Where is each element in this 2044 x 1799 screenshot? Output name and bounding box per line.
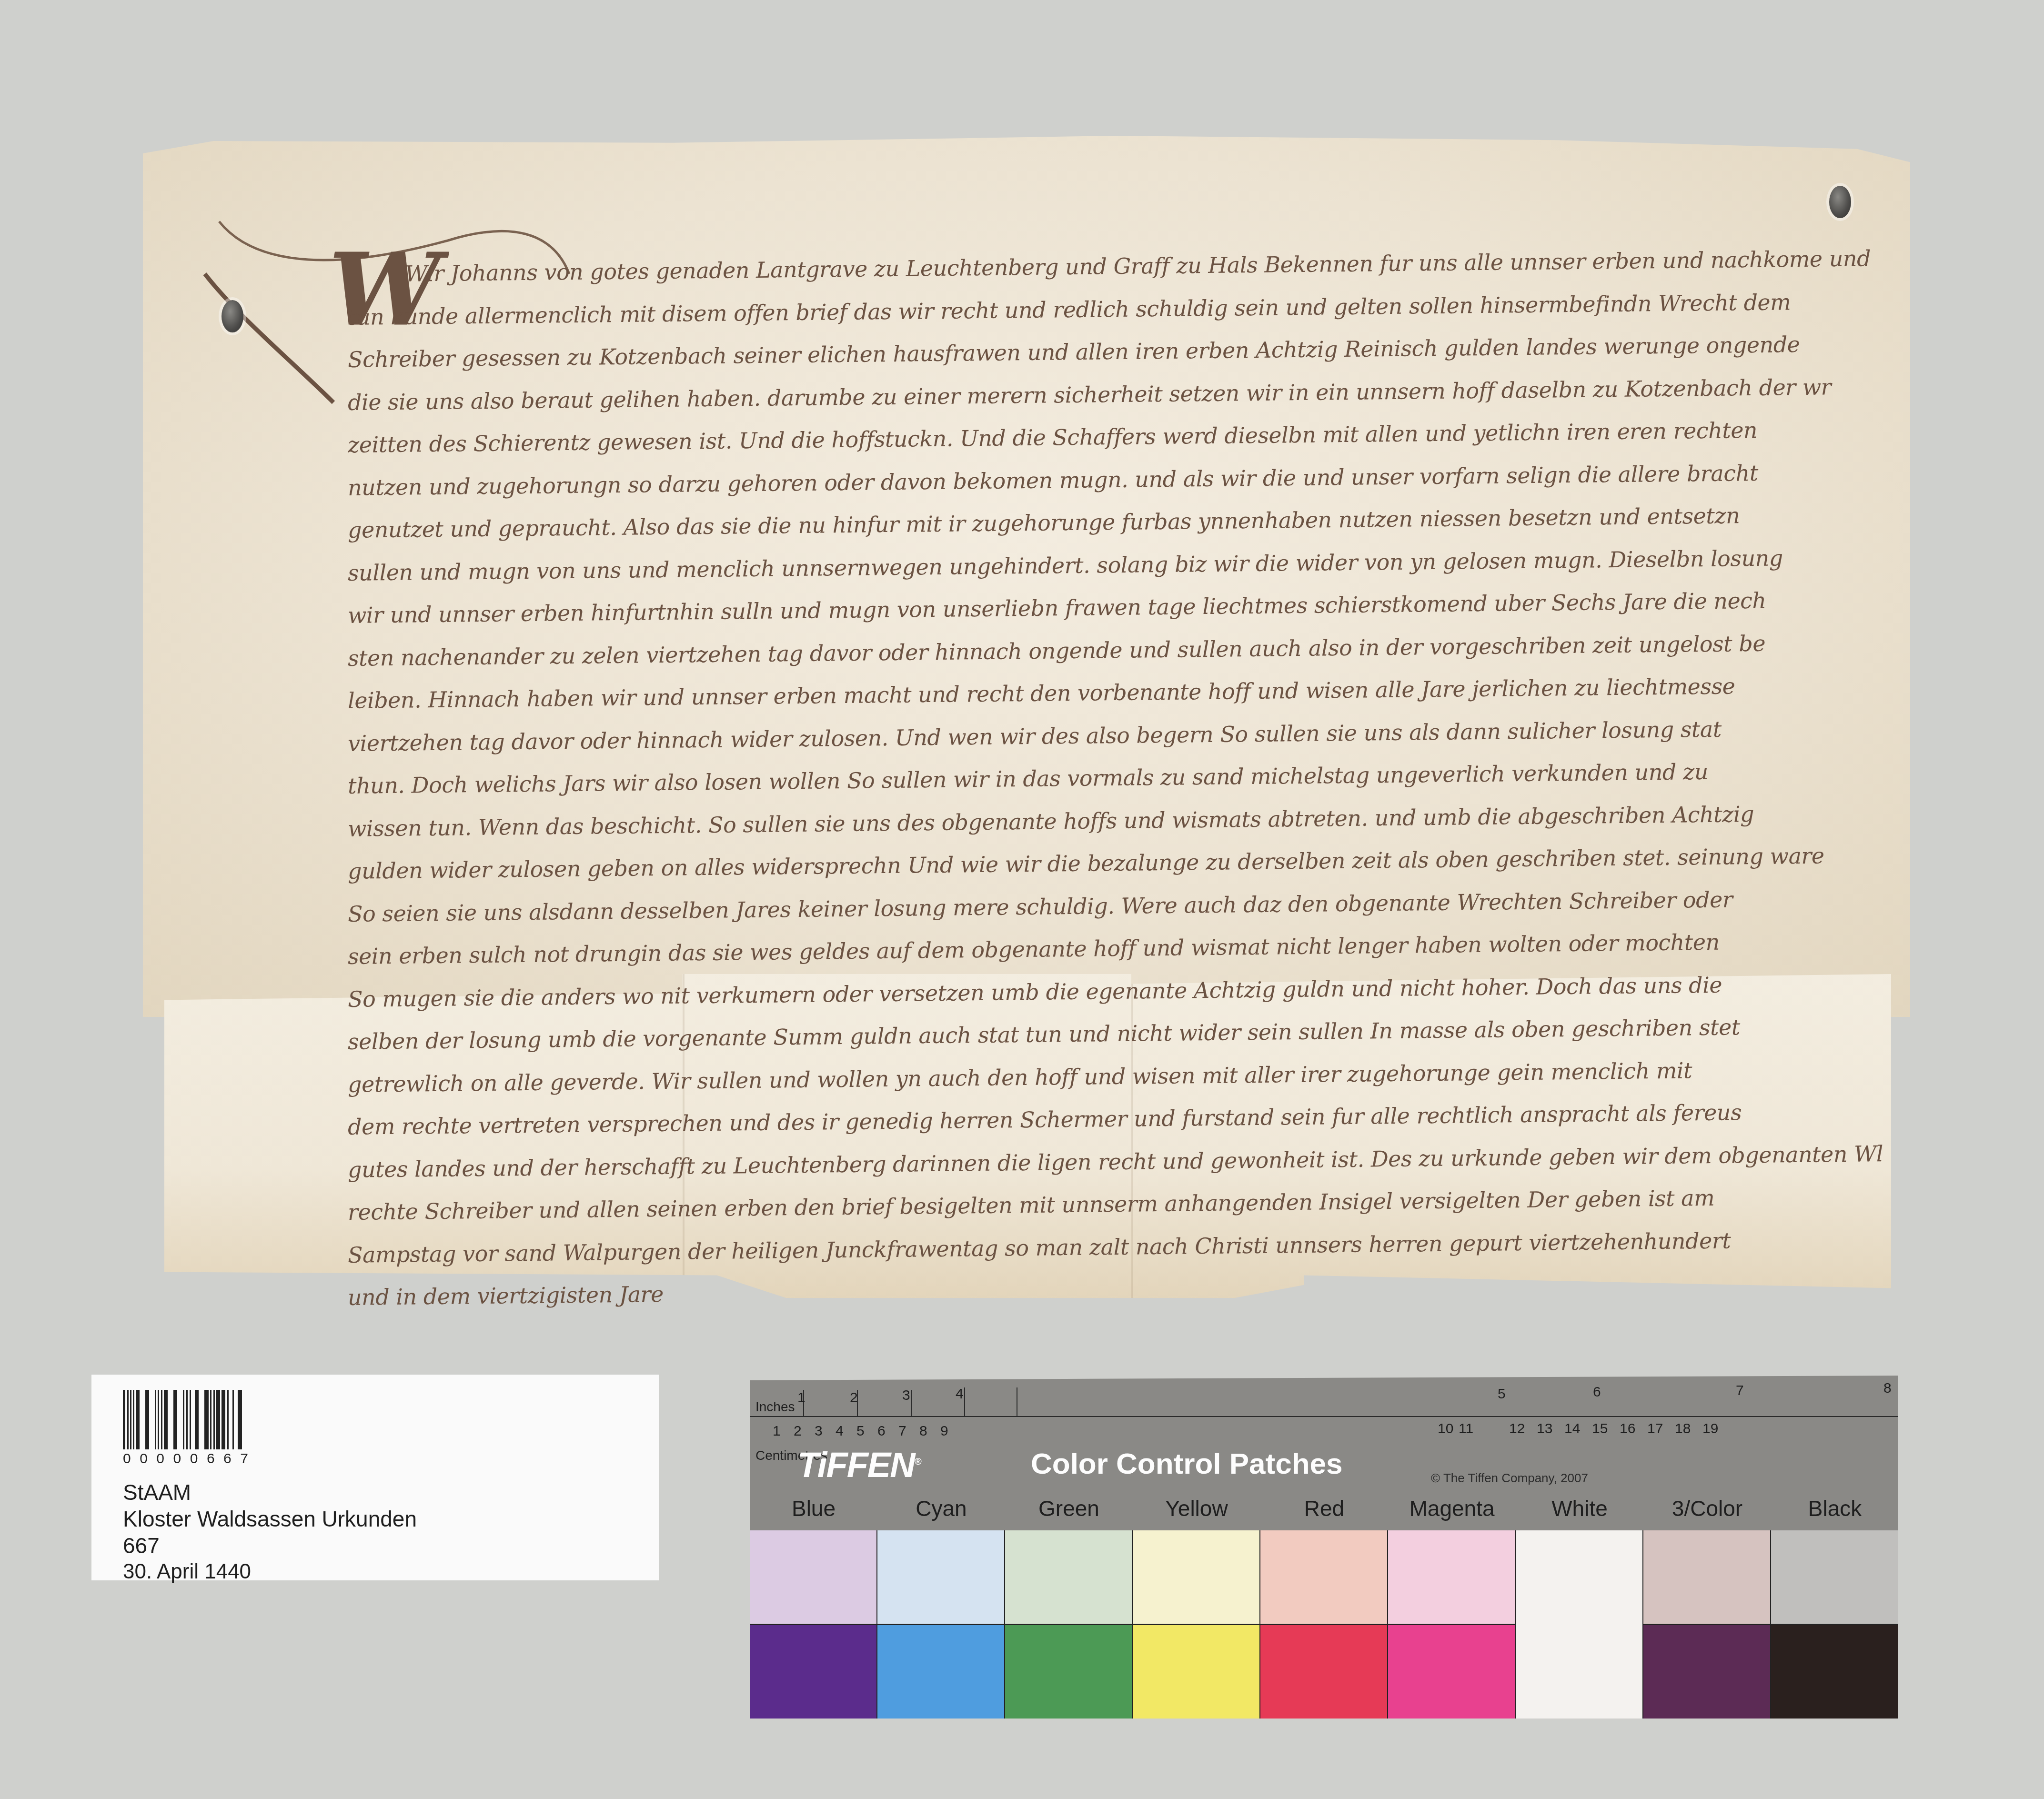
ruler-baseline bbox=[750, 1416, 1898, 1417]
document-number: 667 bbox=[123, 1535, 160, 1557]
patch-light bbox=[1388, 1530, 1515, 1624]
cm-tick-label: 18 bbox=[1675, 1421, 1691, 1437]
patch-column-yellow bbox=[1132, 1530, 1259, 1719]
archive-name: StAAM bbox=[123, 1481, 191, 1503]
cm-tick-label: 11 bbox=[1459, 1421, 1473, 1437]
patch-light bbox=[1643, 1530, 1770, 1624]
cm-tick-label: 5 bbox=[856, 1423, 865, 1439]
cm-tick-label: 1 bbox=[773, 1423, 781, 1439]
patch-light bbox=[1260, 1530, 1387, 1624]
inch-tick-label: 1 bbox=[797, 1390, 806, 1406]
cm-tick-label: 3 bbox=[815, 1423, 823, 1439]
patch-column-cyan bbox=[876, 1530, 1004, 1719]
mounting-pin-right bbox=[1829, 186, 1851, 218]
color-patches bbox=[750, 1530, 1898, 1719]
cm-tick-label: 12 bbox=[1509, 1421, 1525, 1437]
patch-dark bbox=[1260, 1624, 1387, 1719]
patch-dark bbox=[750, 1624, 876, 1719]
barcode-number: 00000667 bbox=[123, 1451, 257, 1467]
swatch-name: Green bbox=[1005, 1496, 1133, 1521]
collection-name: Kloster Waldsassen Urkunden bbox=[123, 1508, 417, 1530]
inch-tick-label: 6 bbox=[1593, 1384, 1601, 1400]
patch-column-white bbox=[1515, 1530, 1642, 1719]
copyright-notice: © The Tiffen Company, 2007 bbox=[1431, 1471, 1588, 1486]
swatch-name: Magenta bbox=[1388, 1496, 1516, 1521]
tiffen-color-target: Inches 1 2 3 4 5 6 7 8 1 2 3 4 5 6 7 8 9… bbox=[750, 1376, 1898, 1719]
patch-column-black bbox=[1770, 1530, 1898, 1719]
cm-tick-label: 14 bbox=[1564, 1421, 1580, 1437]
cm-tick-label: 19 bbox=[1702, 1421, 1718, 1437]
patch-light bbox=[1133, 1530, 1259, 1624]
cm-tick-label: 10 bbox=[1438, 1421, 1453, 1437]
charter-text: Wir Johanns von gotes genaden Lantgrave … bbox=[348, 245, 1886, 1311]
inch-tick-label: 3 bbox=[902, 1387, 910, 1404]
inch-tick-label: 8 bbox=[1883, 1380, 1892, 1397]
swatch-names: Blue Cyan Green Yellow Red Magenta White… bbox=[750, 1496, 1898, 1529]
inch-tick-label: 4 bbox=[956, 1386, 964, 1402]
catalog-label: 00000667 StAAM Kloster Waldsassen Urkund… bbox=[91, 1375, 659, 1580]
document-date: 30. April 1440 bbox=[123, 1561, 251, 1582]
cm-tick-label: 9 bbox=[940, 1423, 948, 1439]
cm-tick-label: 16 bbox=[1620, 1421, 1635, 1437]
cm-tick-label: 7 bbox=[898, 1423, 906, 1439]
patch-white bbox=[1516, 1530, 1642, 1719]
cm-tick-label: 4 bbox=[836, 1423, 844, 1439]
inch-tick-label: 7 bbox=[1736, 1383, 1744, 1399]
patch-column-green bbox=[1004, 1530, 1132, 1719]
patch-dark bbox=[1771, 1624, 1898, 1719]
cm-tick-label: 13 bbox=[1537, 1421, 1552, 1437]
patch-dark bbox=[1133, 1624, 1259, 1719]
mounting-pin-left bbox=[222, 300, 243, 332]
cm-tick-label: 6 bbox=[877, 1423, 886, 1439]
patch-light bbox=[1771, 1530, 1898, 1624]
patch-column-3color bbox=[1642, 1530, 1770, 1719]
patch-light bbox=[877, 1530, 1004, 1624]
patch-column-blue bbox=[750, 1530, 876, 1719]
patch-light bbox=[750, 1530, 876, 1624]
patch-column-magenta bbox=[1387, 1530, 1515, 1719]
target-title: Color Control Patches bbox=[1031, 1447, 1343, 1481]
inches-label: Inches bbox=[755, 1399, 795, 1415]
patch-dark bbox=[1643, 1624, 1770, 1719]
inch-tick-label: 5 bbox=[1498, 1386, 1506, 1402]
patch-dark bbox=[877, 1624, 1004, 1719]
registered-mark: ® bbox=[915, 1457, 921, 1467]
swatch-name: Red bbox=[1260, 1496, 1388, 1521]
swatch-name: 3/Color bbox=[1643, 1496, 1771, 1521]
brand-name: TiFFEN bbox=[797, 1445, 915, 1485]
barcode-icon bbox=[123, 1390, 242, 1449]
tiffen-logo: TiFFEN® bbox=[797, 1445, 920, 1485]
patch-column-red bbox=[1259, 1530, 1387, 1719]
cm-tick-label: 17 bbox=[1647, 1421, 1663, 1437]
cm-tick-label: 15 bbox=[1592, 1421, 1608, 1437]
patch-light bbox=[1005, 1530, 1132, 1624]
charter-parchment: W Wir Johanns von gotes genaden Lantgrav… bbox=[143, 136, 1910, 1298]
swatch-name: White bbox=[1516, 1496, 1643, 1521]
swatch-name: Cyan bbox=[877, 1496, 1005, 1521]
cm-tick-label: 2 bbox=[794, 1423, 802, 1439]
patch-dark bbox=[1388, 1624, 1515, 1719]
ruler-strip: Inches 1 2 3 4 5 6 7 8 1 2 3 4 5 6 7 8 9… bbox=[750, 1376, 1898, 1530]
cm-tick-label: 8 bbox=[919, 1423, 927, 1439]
swatch-name: Yellow bbox=[1133, 1496, 1260, 1521]
swatch-name: Black bbox=[1771, 1496, 1899, 1521]
swatch-name: Blue bbox=[750, 1496, 877, 1521]
inch-tick-label: 2 bbox=[850, 1390, 858, 1406]
patch-dark bbox=[1005, 1624, 1132, 1719]
